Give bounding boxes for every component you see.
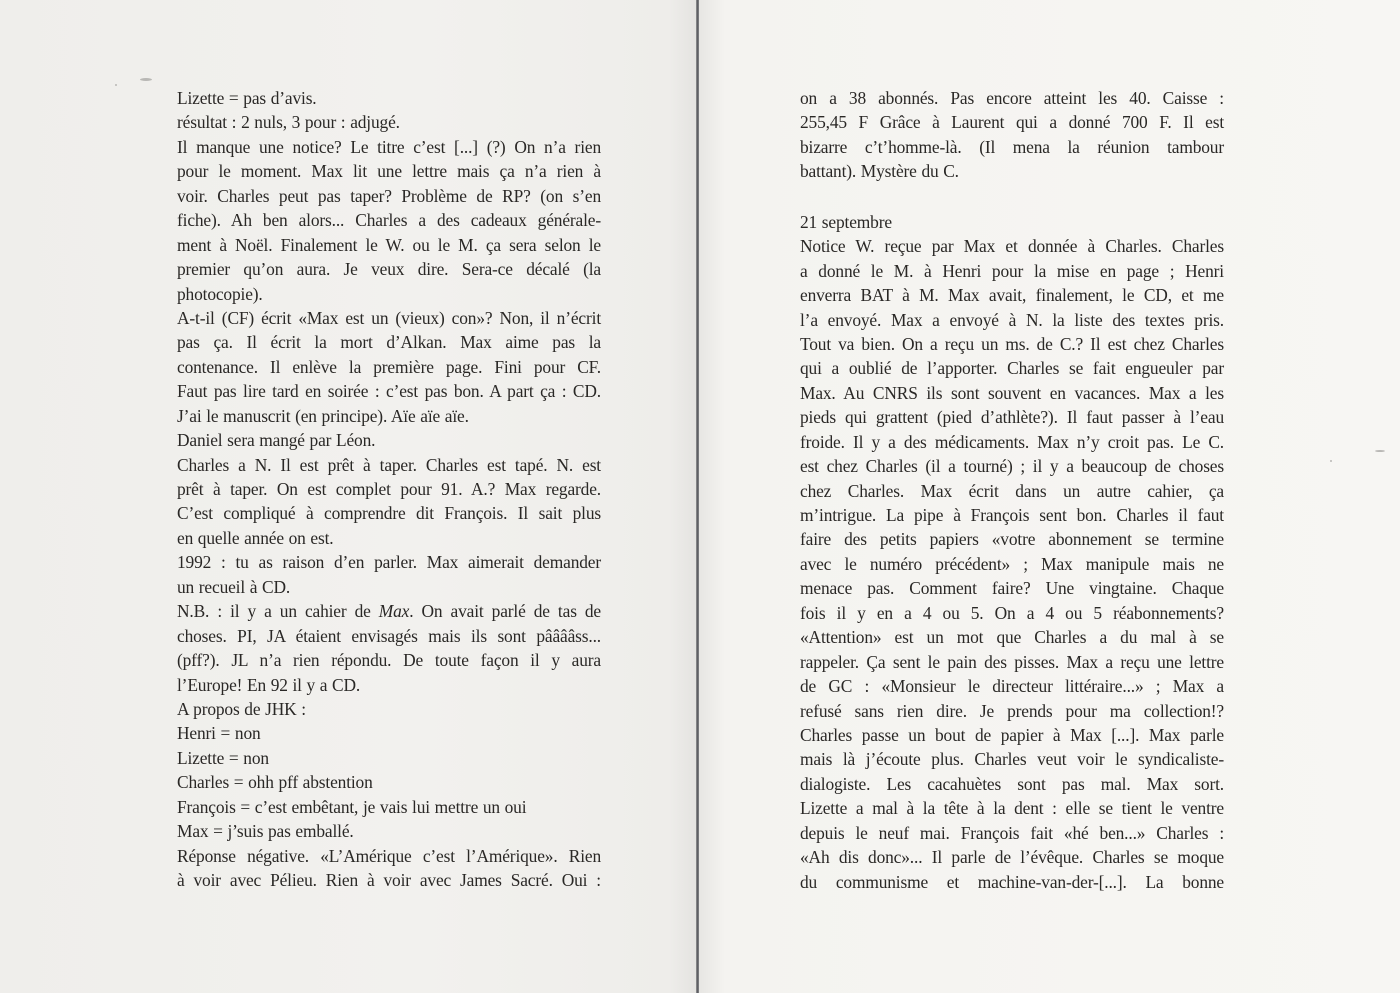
text-line: N.B. : il y a un cahier de Max. On avait…	[177, 599, 601, 623]
text-line: refusé sans rien dire. Je prends pour ma…	[800, 699, 1224, 723]
text-line: est chez Charles (il a tourné) ; il y a …	[800, 454, 1224, 478]
text-line: chez Charles. Max écrit dans un autre ca…	[800, 479, 1224, 503]
text-line: depuis le neuf mai. François fait «hé be…	[800, 821, 1224, 845]
text-line: Il manque une notice? Le titre c’est [..…	[177, 135, 601, 159]
text-line: pour le moment. Max lit une lettre mais …	[177, 159, 601, 183]
text-line: J’ai le manuscrit (en principe). Aïe aïe…	[177, 404, 601, 428]
text-line: Réponse négative. «L’Amérique c’est l’Am…	[177, 844, 601, 868]
right-page-entry-body: Notice W. reçue par Max et donnée à Char…	[800, 234, 1224, 894]
text-line: photocopie).	[177, 282, 601, 306]
text-line: A-t-il (CF) écrit «Max est un (vieux) co…	[177, 306, 601, 330]
text-line: Charles a N. Il est prêt à taper. Charle…	[177, 453, 601, 477]
text-line: rappeler. Ça sent le pain des pisses. Ma…	[800, 650, 1224, 674]
text-run: N.B. : il y a un cahier de	[177, 601, 379, 621]
text-line: pas ça. Il écrit la mort d’Alkan. Max ai…	[177, 330, 601, 354]
text-line: un recueil à CD.	[177, 575, 601, 599]
text-line: 255,45 F Grâce à Laurent qui a donné 700…	[800, 110, 1224, 134]
text-line: Daniel sera mangé par Léon.	[177, 428, 601, 452]
text-line: à voir avec Pélieu. Rien à voir avec Jam…	[177, 868, 601, 892]
text-line: Max. Au CNRS ils sont souvent en vacance…	[800, 381, 1224, 405]
text-line: avec le numéro précédent» ; Max manipule…	[800, 552, 1224, 576]
paragraph-gap	[800, 184, 1224, 210]
text-line: Lizette = pas d’avis.	[177, 86, 601, 110]
text-line: de GC : «Monsieur le directeur littérair…	[800, 674, 1224, 698]
text-line: Henri = non	[177, 721, 601, 745]
date-heading: 21 septembre	[800, 210, 1224, 234]
text-line: A propos de JHK :	[177, 697, 601, 721]
text-line: l’a envoyé. Max a envoyé à N. la liste d…	[800, 308, 1224, 332]
book-spread: Lizette = pas d’avis.résultat : 2 nuls, …	[0, 0, 1400, 993]
text-line: résultat : 2 nuls, 3 pour : adjugé.	[177, 110, 601, 134]
text-line: C’est compliqué à comprendre dit Françoi…	[177, 501, 601, 525]
text-line: enverra BAT à M. Max avait, finalement, …	[800, 283, 1224, 307]
left-page-text: Lizette = pas d’avis.résultat : 2 nuls, …	[177, 86, 601, 892]
text-line: Charles passe un bout de papier à Max [.…	[800, 723, 1224, 747]
paper-speck	[1375, 450, 1385, 452]
text-line: m’intrigue. La pipe à François sent bon.…	[800, 503, 1224, 527]
text-line: dialogiste. Les cacahuètes sont pas mal.…	[800, 772, 1224, 796]
text-line: fois il y en a 4 ou 5. On a 4 ou 5 réabo…	[800, 601, 1224, 625]
text-line: froide. Il y a des médicaments. Max n’y …	[800, 430, 1224, 454]
text-line: menace pas. Comment faire? Une vingtaine…	[800, 576, 1224, 600]
text-line: François = c’est embêtant, je vais lui m…	[177, 795, 601, 819]
text-line: Charles = ohh pff abstention	[177, 770, 601, 794]
text-line: on a 38 abonnés. Pas encore atteint les …	[800, 86, 1224, 110]
text-line: mais là j’écoute plus. Charles veut voir…	[800, 747, 1224, 771]
right-page: on a 38 abonnés. Pas encore atteint les …	[697, 0, 1400, 993]
text-line: voir. Charles peut pas taper? Problème d…	[177, 184, 601, 208]
text-line: choses. PI, JA étaient envisagés mais il…	[177, 624, 601, 648]
text-line: faire des petits papiers «votre abonneme…	[800, 527, 1224, 551]
text-line: du communisme et machine-van-der-[...]. …	[800, 870, 1224, 894]
right-page-paragraph-continued: on a 38 abonnés. Pas encore atteint les …	[800, 86, 1224, 184]
paper-speck	[115, 84, 117, 86]
text-line: premier qu’on aura. Je veux dire. Sera-c…	[177, 257, 601, 281]
book-spine	[696, 0, 699, 993]
text-line: pieds qui grattent (pied d’athlète?). Il…	[800, 405, 1224, 429]
text-line: «Ah dis donc»... Il parle de l’évêque. C…	[800, 845, 1224, 869]
text-line: Lizette = non	[177, 746, 601, 770]
text-line: battant). Mystère du C.	[800, 159, 1224, 183]
paper-speck	[140, 78, 152, 81]
text-line: (pff?). JL n’a rien répondu. De toute fa…	[177, 648, 601, 672]
right-page-text: on a 38 abonnés. Pas encore atteint les …	[800, 86, 1224, 894]
text-line: Tout va bien. On a reçu un ms. de C.? Il…	[800, 332, 1224, 356]
text-run: . On avait parlé de tas de	[409, 601, 601, 621]
text-line: prêt à taper. On est complet pour 91. A.…	[177, 477, 601, 501]
text-line: Max = j’suis pas emballé.	[177, 819, 601, 843]
text-line: «Attention» est un mot que Charles a du …	[800, 625, 1224, 649]
left-page: Lizette = pas d’avis.résultat : 2 nuls, …	[0, 0, 697, 993]
text-line: l’Europe! En 92 il y a CD.	[177, 673, 601, 697]
paper-speck	[1330, 460, 1332, 462]
text-line: 1992 : tu as raison d’en parler. Max aim…	[177, 550, 601, 574]
text-line: contenance. Il enlève la première page. …	[177, 355, 601, 379]
text-line: bizarre c’t’homme-là. (Il mena la réunio…	[800, 135, 1224, 159]
text-line: ment à Noël. Finalement le W. ou le M. ç…	[177, 233, 601, 257]
text-line: Faut pas lire tard en soirée : c’est pas…	[177, 379, 601, 403]
text-line: Lizette a mal à la tête à la dent : elle…	[800, 796, 1224, 820]
italic-run: Max	[379, 601, 409, 621]
text-line: qui a oublié de l’apporter. Charles se f…	[800, 356, 1224, 380]
text-line: fiche). Ah ben alors... Charles a des ca…	[177, 208, 601, 232]
text-line: Notice W. reçue par Max et donnée à Char…	[800, 234, 1224, 258]
text-line: a donné le M. à Henri pour la mise en pa…	[800, 259, 1224, 283]
text-line: en quelle année on est.	[177, 526, 601, 550]
